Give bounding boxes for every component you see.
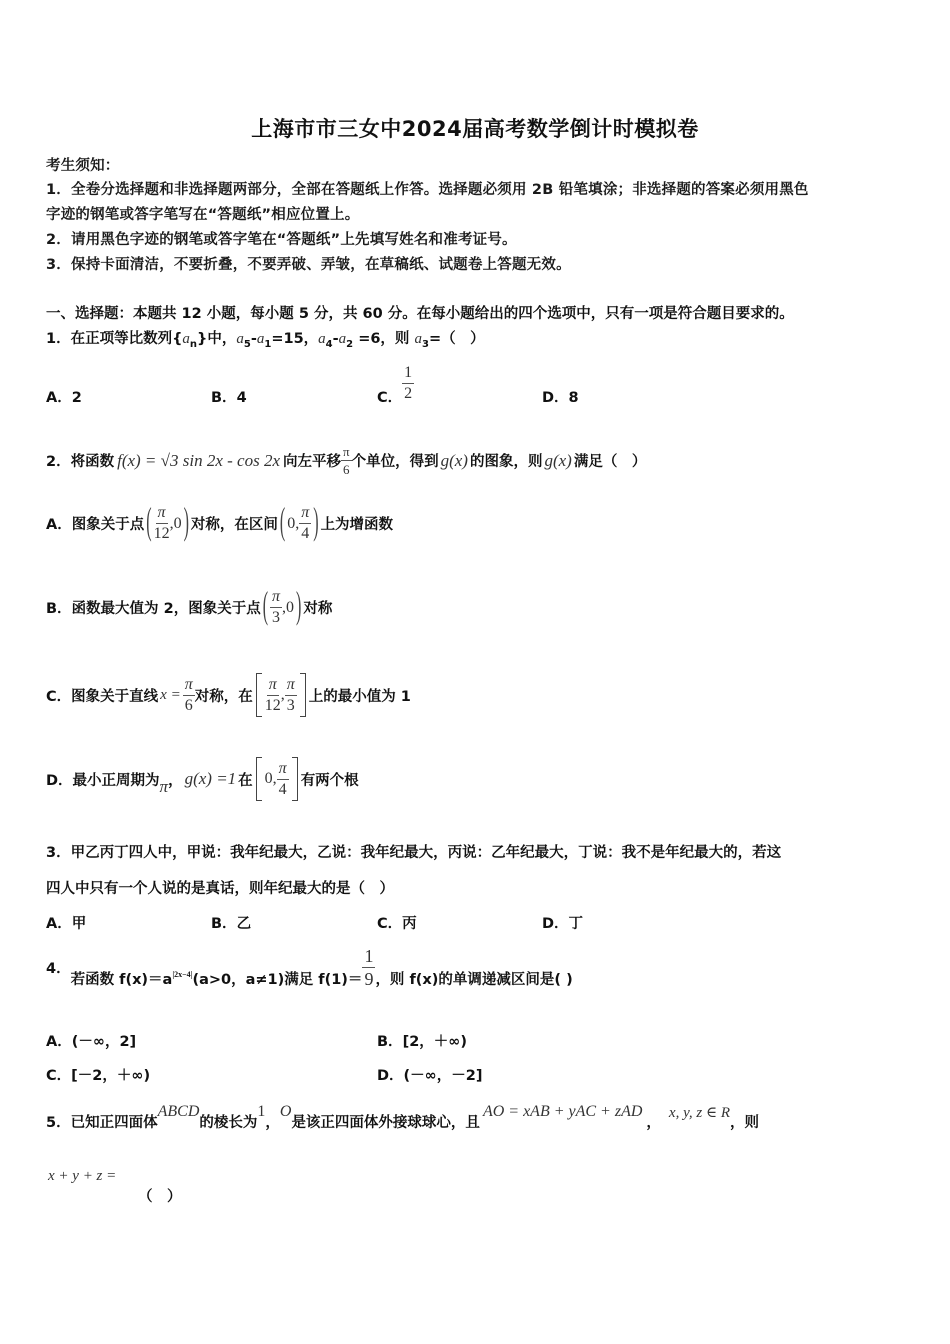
q4-option-c[interactable]: C．[－2，＋∞): [46, 1064, 150, 1085]
q2-option-a[interactable]: A．图象关于点 ( π12 ,0 ) 对称，在区间 ( 0, π4 ) 上为增函…: [46, 505, 393, 542]
q4-option-a[interactable]: A．(－∞，2]: [46, 1030, 136, 1051]
shift-fraction: π6: [341, 445, 352, 476]
question-5-stem: 5． 已知正四面体 ABCD 的棱长为 1 ， O 是该正四面体外接球球心，且 …: [46, 1103, 759, 1132]
notice-heading: 考生须知：: [46, 154, 120, 175]
notice-item-1-cont: 字迹的钢笔或答字笔写在“答题纸”相应位置上。: [46, 203, 359, 224]
question-1-stem: 1．在正项等比数列{an}中，a5-a1=15，a4-a2 =6，则 a3=（ …: [46, 327, 485, 350]
notice-item-1: 1．全卷分选择题和非选择题两部分，全部在答题纸上作答。选择题必须用 2B 铅笔填…: [46, 178, 809, 199]
document-title: 上海市市三女中2024届高考数学倒计时模拟卷: [0, 113, 950, 143]
q1-option-a[interactable]: A．2: [46, 386, 82, 407]
notice-item-2: 2．请用黑色字迹的钢笔或答字笔在“答题纸”上先填写姓名和准考证号。: [46, 228, 517, 249]
q3-option-b[interactable]: B．乙: [211, 912, 251, 933]
q2-option-d[interactable]: D．最小正周期为 π ， g(x) =1 在 0, π4 有两个根: [46, 757, 359, 801]
notice-item-3: 3．保持卡面清洁，不要折叠，不要弄破、弄皱，在草稿纸、试题卷上答题无效。: [46, 253, 571, 274]
q3-option-c[interactable]: C．丙: [377, 912, 417, 933]
question-5-expression: x + y + z =: [48, 1168, 116, 1185]
q1-option-d[interactable]: D．8: [542, 386, 579, 407]
fraction: 12: [402, 365, 414, 402]
question-2-stem: 2．将函数 f(x) = √3 sin 2x - cos 2x 向左平移 π6 …: [46, 445, 646, 476]
q4-option-b[interactable]: B．[2，＋∞): [377, 1030, 467, 1051]
question-3-stem-line1: 3．甲乙丙丁四人中，甲说：我年纪最大，乙说：我年纪最大，丙说：乙年纪最大，丁说：…: [46, 841, 781, 862]
question-3-stem-line2: 四人中只有一个人说的是真话，则年纪最大的是（ ）: [46, 877, 394, 898]
question-5-answer-paren: （ ）: [138, 1185, 182, 1206]
value-fraction: 19: [362, 947, 375, 988]
q2-option-b[interactable]: B．函数最大值为 2，图象关于点 ( π3 ,0 ) 对称: [46, 589, 332, 626]
section-heading: 一、选择题：本题共 12 小题，每小题 5 分，共 60 分。在每小题给出的四个…: [46, 302, 794, 323]
question-4-stem: 4． 若函数 f(x)＝a|2x−4| (a>0，a≠1)满足 f(1)＝ 19…: [46, 946, 573, 989]
question-number: 1．: [46, 331, 71, 347]
function-expression: f(x) = √3 sin 2x - cos 2x: [117, 451, 280, 471]
q2-option-c[interactable]: C．图象关于直线 x = π6 对称，在 π12 , π3 上的最小值为 1: [46, 673, 411, 717]
q4-option-d[interactable]: D．(－∞，－2]: [377, 1064, 482, 1085]
q1-option-b[interactable]: B．4: [211, 386, 247, 407]
q3-option-d[interactable]: D．丁: [542, 912, 583, 933]
vector-equation: AO = xAB + yAC + zAD: [483, 1103, 642, 1121]
q1-option-c[interactable]: C．12: [377, 360, 414, 407]
q3-option-a[interactable]: A．甲: [46, 912, 86, 933]
